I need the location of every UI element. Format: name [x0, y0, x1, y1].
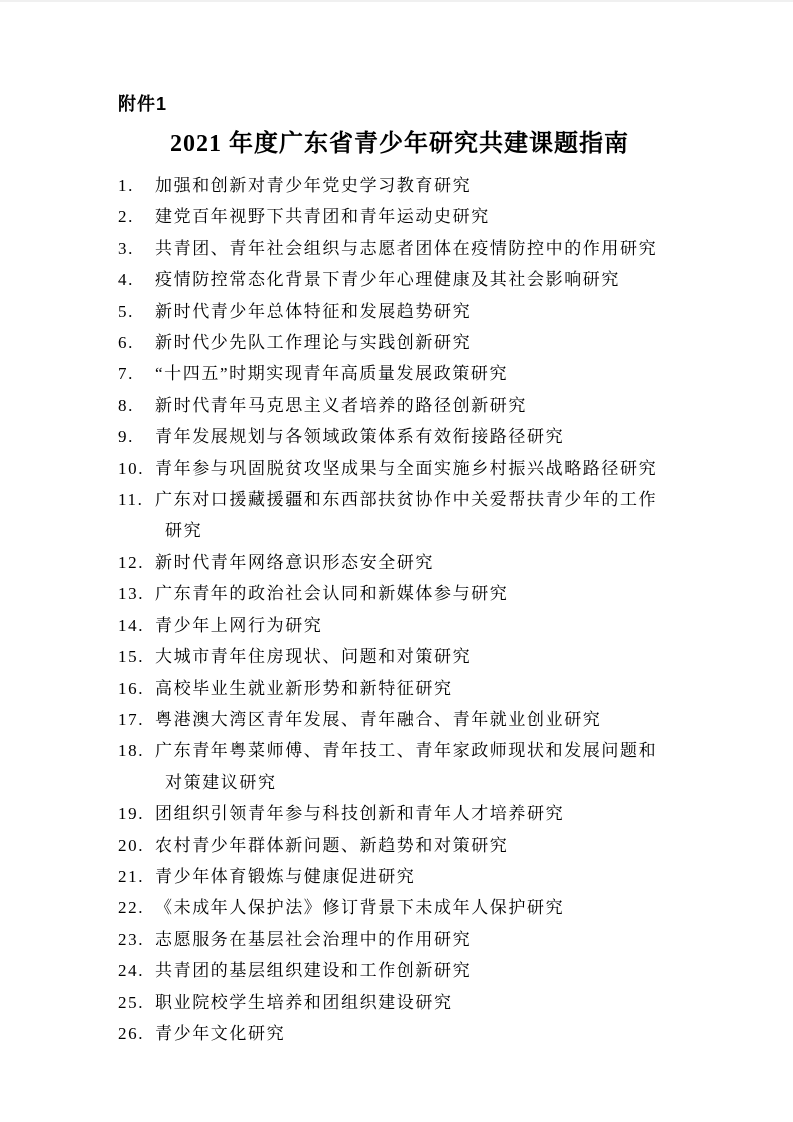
item-number: 19. [118, 798, 155, 829]
item-number: 5. [118, 296, 155, 327]
topic-list: 1. 加强和创新对青少年党史学习教育研究 2. 建党百年视野下共青团和青年运动史… [118, 170, 681, 1049]
item-text-line2: 对策建议研究 [165, 767, 681, 798]
list-item: 1. 加强和创新对青少年党史学习教育研究 [118, 170, 681, 201]
item-text: “十四五”时期实现青年高质量发展政策研究 [155, 358, 681, 389]
item-number: 21. [118, 861, 155, 892]
item-text: 团组织引领青年参与科技创新和青年人才培养研究 [155, 798, 681, 829]
item-number: 10. [118, 453, 155, 484]
item-text: 共青团、青年社会组织与志愿者团体在疫情防控中的作用研究 [155, 233, 681, 264]
item-number: 6. [118, 327, 155, 358]
item-number: 1. [118, 170, 155, 201]
item-text: 广东对口援藏援疆和东西部扶贫协作中关爱帮扶青少年的工作 研究 [155, 484, 681, 547]
list-item: 24. 共青团的基层组织建设和工作创新研究 [118, 955, 681, 986]
item-text: 新时代青年网络意识形态安全研究 [155, 547, 681, 578]
item-number: 17. [118, 704, 155, 735]
item-text: 加强和创新对青少年党史学习教育研究 [155, 170, 681, 201]
list-item: 3. 共青团、青年社会组织与志愿者团体在疫情防控中的作用研究 [118, 233, 681, 264]
list-item: 18. 广东青年粤菜师傅、青年技工、青年家政师现状和发展问题和 对策建议研究 [118, 735, 681, 798]
item-number: 24. [118, 955, 155, 986]
item-number: 16. [118, 673, 155, 704]
item-number: 3. [118, 233, 155, 264]
item-number: 25. [118, 987, 155, 1018]
item-number: 14. [118, 610, 155, 641]
list-item: 23. 志愿服务在基层社会治理中的作用研究 [118, 924, 681, 955]
list-item: 19. 团组织引领青年参与科技创新和青年人才培养研究 [118, 798, 681, 829]
item-number: 22. [118, 892, 155, 923]
list-item: 13. 广东青年的政治社会认同和新媒体参与研究 [118, 578, 681, 609]
list-item: 8. 新时代青年马克思主义者培养的路径创新研究 [118, 390, 681, 421]
item-text: 大城市青年住房现状、问题和对策研究 [155, 641, 681, 672]
item-text: 新时代青年马克思主义者培养的路径创新研究 [155, 390, 681, 421]
list-item: 21. 青少年体育锻炼与健康促进研究 [118, 861, 681, 892]
item-text: 《未成年人保护法》修订背景下未成年人保护研究 [155, 892, 681, 923]
list-item: 7. “十四五”时期实现青年高质量发展政策研究 [118, 358, 681, 389]
item-number: 26. [118, 1018, 155, 1049]
item-text: 志愿服务在基层社会治理中的作用研究 [155, 924, 681, 955]
list-item: 2. 建党百年视野下共青团和青年运动史研究 [118, 201, 681, 232]
item-number: 4. [118, 264, 155, 295]
item-number: 15. [118, 641, 155, 672]
list-item: 6. 新时代少先队工作理论与实践创新研究 [118, 327, 681, 358]
item-text: 高校毕业生就业新形势和新特征研究 [155, 673, 681, 704]
item-text: 青年参与巩固脱贫攻坚成果与全面实施乡村振兴战略路径研究 [155, 453, 681, 484]
item-text: 建党百年视野下共青团和青年运动史研究 [155, 201, 681, 232]
item-text: 职业院校学生培养和团组织建设研究 [155, 987, 681, 1018]
item-text-line2: 研究 [165, 515, 681, 546]
item-number: 23. [118, 924, 155, 955]
list-item: 9. 青年发展规划与各领域政策体系有效衔接路径研究 [118, 421, 681, 452]
item-number: 11. [118, 484, 155, 515]
item-text-line1: 广东青年粤菜师傅、青年技工、青年家政师现状和发展问题和 [155, 735, 681, 766]
list-item: 17. 粤港澳大湾区青年发展、青年融合、青年就业创业研究 [118, 704, 681, 735]
page-title: 2021 年度广东省青少年研究共建课题指南 [118, 128, 681, 160]
list-item: 15. 大城市青年住房现状、问题和对策研究 [118, 641, 681, 672]
item-text: 粤港澳大湾区青年发展、青年融合、青年就业创业研究 [155, 704, 681, 735]
item-text: 新时代青少年总体特征和发展趋势研究 [155, 296, 681, 327]
item-text: 新时代少先队工作理论与实践创新研究 [155, 327, 681, 358]
item-number: 13. [118, 578, 155, 609]
list-item: 12. 新时代青年网络意识形态安全研究 [118, 547, 681, 578]
item-number: 8. [118, 390, 155, 421]
list-item: 4. 疫情防控常态化背景下青少年心理健康及其社会影响研究 [118, 264, 681, 295]
item-text: 青少年文化研究 [155, 1018, 681, 1049]
item-text: 青少年体育锻炼与健康促进研究 [155, 861, 681, 892]
item-text: 广东青年的政治社会认同和新媒体参与研究 [155, 578, 681, 609]
list-item: 22. 《未成年人保护法》修订背景下未成年人保护研究 [118, 892, 681, 923]
item-number: 12. [118, 547, 155, 578]
list-item: 14. 青少年上网行为研究 [118, 610, 681, 641]
item-text: 疫情防控常态化背景下青少年心理健康及其社会影响研究 [155, 264, 681, 295]
list-item: 25. 职业院校学生培养和团组织建设研究 [118, 987, 681, 1018]
list-item: 20. 农村青少年群体新问题、新趋势和对策研究 [118, 830, 681, 861]
list-item: 10. 青年参与巩固脱贫攻坚成果与全面实施乡村振兴战略路径研究 [118, 453, 681, 484]
item-text-line1: 广东对口援藏援疆和东西部扶贫协作中关爱帮扶青少年的工作 [155, 484, 681, 515]
item-text: 共青团的基层组织建设和工作创新研究 [155, 955, 681, 986]
list-item: 5. 新时代青少年总体特征和发展趋势研究 [118, 296, 681, 327]
item-number: 20. [118, 830, 155, 861]
item-number: 9. [118, 421, 155, 452]
attachment-label: 附件1 [118, 93, 681, 115]
item-number: 2. [118, 201, 155, 232]
item-number: 18. [118, 735, 155, 766]
item-number: 7. [118, 358, 155, 389]
list-item: 11. 广东对口援藏援疆和东西部扶贫协作中关爱帮扶青少年的工作 研究 [118, 484, 681, 547]
list-item: 26. 青少年文化研究 [118, 1018, 681, 1049]
item-text: 农村青少年群体新问题、新趋势和对策研究 [155, 830, 681, 861]
document-page: 附件1 2021 年度广东省青少年研究共建课题指南 1. 加强和创新对青少年党史… [0, 0, 793, 1122]
list-item: 16. 高校毕业生就业新形势和新特征研究 [118, 673, 681, 704]
item-text: 青年发展规划与各领域政策体系有效衔接路径研究 [155, 421, 681, 452]
item-text: 广东青年粤菜师傅、青年技工、青年家政师现状和发展问题和 对策建议研究 [155, 735, 681, 798]
item-text: 青少年上网行为研究 [155, 610, 681, 641]
